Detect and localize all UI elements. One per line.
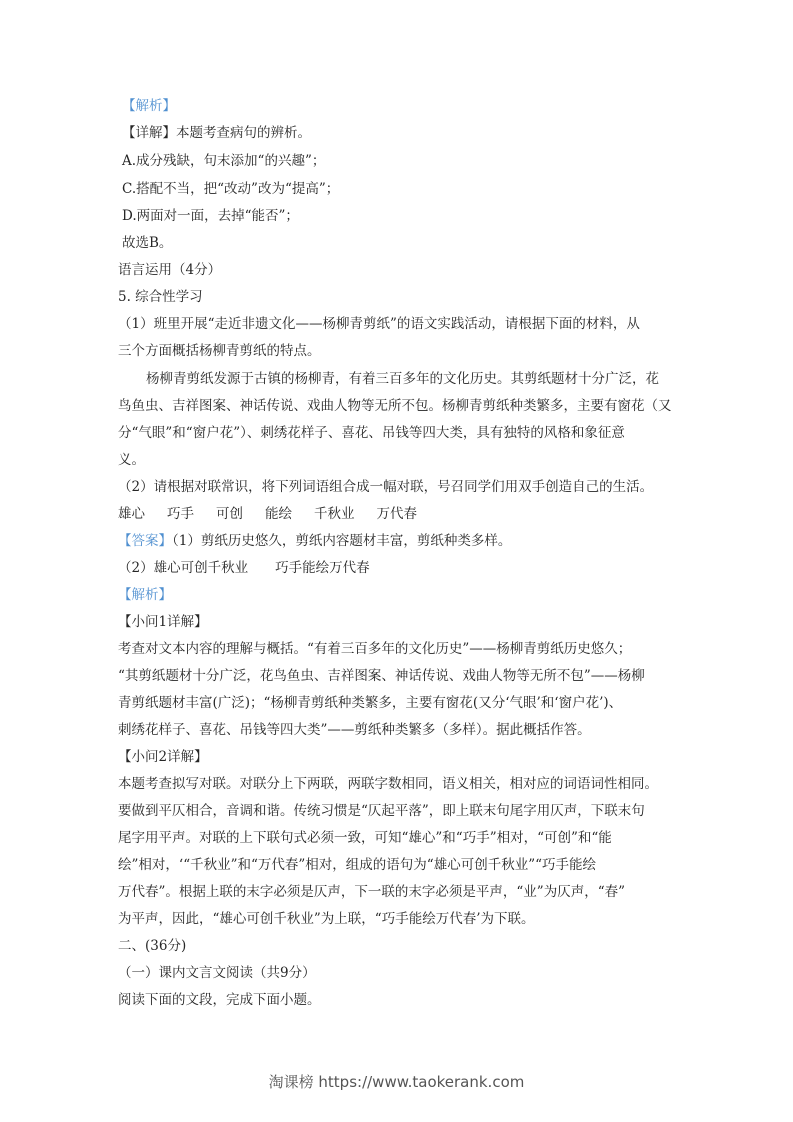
text-line: 考查对文本内容的理解与概括。“有着三百多年的文化历史”——杨柳青剪纸历史悠久； — [118, 640, 631, 658]
text-line: 【小问1详解】 — [118, 613, 208, 631]
line-text: 考查对文本内容的理解与概括。“有着三百多年的文化历史”——杨柳青剪纸历史悠久； — [118, 641, 631, 657]
text-line: C.搭配不当，把“改动”改为“提高”； — [122, 180, 339, 198]
line-text: 义。 — [118, 452, 145, 468]
line-text: 尾字用平声。对联的上下联句式必须一致，可知“雄心”和“巧手”相对，“可创”和“能 — [118, 830, 612, 846]
section-tag: 【答案】 — [118, 533, 172, 549]
line-text: 鸟鱼虫、吉祥图案、神话传说、戏曲人物等无所不包。杨柳青剪纸种类繁多，主要有窗花（… — [118, 398, 672, 414]
text-line: （2）请根据对联常识，将下列词语组合成一幅对联，号召同学们用双手创造自己的生活。 — [118, 478, 653, 496]
text-line: 鸟鱼虫、吉祥图案、神话传说、戏曲人物等无所不包。杨柳青剪纸种类繁多，主要有窗花（… — [118, 397, 672, 415]
text-line: 本题考查拟写对联。对联分上下两联，两联字数相同，语义相关，相对应的词语词性相同。 — [118, 775, 658, 793]
line-text: 【详解】本题考查病句的辨析。 — [122, 125, 311, 141]
line-text: C.搭配不当，把“改动”改为“提高”； — [122, 181, 339, 197]
text-line: 【小问2详解】 — [118, 748, 208, 766]
line-text: 杨柳青剪纸发源于古镇的杨柳青，有着三百多年的文化历史。其剪纸题材十分广泛，花 — [146, 371, 659, 387]
text-line: “其剪纸题材十分广泛，花鸟鱼虫、吉祥图案、神话传说、戏曲人物等无所不包”——杨柳 — [118, 667, 645, 685]
line-text: 青剪纸题材丰富(广泛)；“杨柳青剪纸种类繁多，主要有窗花(又分‘气眼’和‘窗户花… — [118, 695, 622, 711]
section-tag: 【解析】 — [122, 98, 176, 114]
line-text: 5. 综合性学习 — [118, 289, 203, 305]
text-line: 义。 — [118, 451, 145, 469]
text-line: A.成分残缺，句末添加“的兴趣”； — [122, 152, 325, 170]
text-line: （1）班里开展“走近非遗文化——杨柳青剪纸”的语文实践活动，请根据下面的材料，从 — [118, 315, 640, 333]
text-line: 青剪纸题材丰富(广泛)；“杨柳青剪纸种类繁多，主要有窗花(又分‘气眼’和‘窗户花… — [118, 694, 622, 712]
text-line: （一）课内文言文阅读（共9分） — [118, 964, 316, 982]
line-text: （2）雄心可创千秋业 巧手能绘万代春 — [118, 560, 370, 576]
text-line: 绘”相对，‘“千秋业”和“万代春”相对，组成的语句为“雄心可创千秋业”“巧手能绘 — [118, 856, 596, 874]
document-page: 【解析】【详解】本题考查病句的辨析。A.成分残缺，句末添加“的兴趣”；C.搭配不… — [0, 0, 793, 1122]
text-line: 分“气眼”和“窗户花”）、刺绣花样子、喜花、吊钱等四大类，具有独特的风格和象征意 — [118, 424, 625, 442]
text-line: （2）雄心可创千秋业 巧手能绘万代春 — [118, 559, 370, 577]
line-text: 语言运用（4分） — [118, 262, 221, 278]
line-text: （一）课内文言文阅读（共9分） — [118, 965, 316, 981]
text-line: 5. 综合性学习 — [118, 288, 203, 306]
line-text: D.两面对一面，去掉“能否”； — [122, 208, 299, 224]
line-text: 故选B。 — [122, 235, 172, 251]
text-line: 故选B。 — [122, 234, 172, 252]
line-text: 阅读下面的文段，完成下面小题。 — [118, 992, 321, 1008]
line-text: 本题考查拟写对联。对联分上下两联，两联字数相同，语义相关，相对应的词语词性相同。 — [118, 776, 658, 792]
word-list: 雄心巧手可创能绘千秋业万代春 — [118, 505, 439, 523]
line-text: 【小问2详解】 — [118, 749, 208, 765]
line-text: 二、(36分) — [118, 938, 186, 954]
line-text: （1）班里开展“走近非遗文化——杨柳青剪纸”的语文实践活动，请根据下面的材料，从 — [118, 316, 640, 332]
section-label-line: 【解析】 — [122, 97, 176, 115]
line-text: 为平声，因此，“雄心可创千秋业”为上联，“巧手能绘万代春’为下联。 — [118, 911, 535, 927]
text-line: 二、(36分) — [118, 937, 186, 955]
text-line: 要做到平仄相合，音调和谐。传统习惯是“仄起平落”，即上联末句尾字用仄声，下联末句 — [118, 802, 645, 820]
line-text: 分“气眼”和“窗户花”）、刺绣花样子、喜花、吊钱等四大类，具有独特的风格和象征意 — [118, 425, 625, 441]
line-text: 三个方面概括杨柳青剪纸的特点。 — [118, 343, 321, 359]
line-text: A.成分残缺，句末添加“的兴趣”； — [122, 153, 325, 169]
text-line: 三个方面概括杨柳青剪纸的特点。 — [118, 342, 321, 360]
section-tag: 【解析】 — [118, 587, 172, 603]
word-item: 雄心 — [118, 505, 145, 523]
text-line: 语言运用（4分） — [118, 261, 221, 279]
line-text: 【小问1详解】 — [118, 614, 208, 630]
text-line: 尾字用平声。对联的上下联句式必须一致，可知“雄心”和“巧手”相对，“可创”和“能 — [118, 829, 612, 847]
footer-watermark: 淘课榜 https://www.taokerank.com — [0, 1071, 793, 1092]
section-label-line: 【解析】 — [118, 586, 172, 604]
word-item: 千秋业 — [314, 505, 355, 523]
line-text: 万代春”。根据上联的末字必须是仄声，下一联的末字必须是平声，“业”为仄声，“春” — [118, 884, 625, 900]
text-line: 【详解】本题考查病句的辨析。 — [122, 124, 311, 142]
line-text: “其剪纸题材十分广泛，花鸟鱼虫、吉祥图案、神话传说、戏曲人物等无所不包”——杨柳 — [118, 668, 645, 684]
line-text: 刺绣花样子、喜花、吊钱等四大类”——剪纸种类繁多（多样）。据此概括作答。 — [118, 722, 591, 738]
section-label-line: 【答案】（1）剪纸历史悠久，剪纸内容题材丰富，剪纸种类多样。 — [118, 532, 511, 550]
text-line: 为平声，因此，“雄心可创千秋业”为上联，“巧手能绘万代春’为下联。 — [118, 910, 535, 928]
line-text: （1）剪纸历史悠久，剪纸内容题材丰富，剪纸种类多样。 — [172, 533, 511, 549]
text-line: 万代春”。根据上联的末字必须是仄声，下一联的末字必须是平声，“业”为仄声，“春” — [118, 883, 625, 901]
line-text: 要做到平仄相合，音调和谐。传统习惯是“仄起平落”，即上联末句尾字用仄声，下联末句 — [118, 803, 645, 819]
word-item: 能绘 — [265, 505, 292, 523]
text-line: 阅读下面的文段，完成下面小题。 — [118, 991, 321, 1009]
word-item: 可创 — [216, 505, 243, 523]
text-line: 刺绣花样子、喜花、吊钱等四大类”——剪纸种类繁多（多样）。据此概括作答。 — [118, 721, 591, 739]
word-item: 万代春 — [377, 505, 418, 523]
word-item: 巧手 — [167, 505, 194, 523]
line-text: 绘”相对，‘“千秋业”和“万代春”相对，组成的语句为“雄心可创千秋业”“巧手能绘 — [118, 857, 596, 873]
text-line: 杨柳青剪纸发源于古镇的杨柳青，有着三百多年的文化历史。其剪纸题材十分广泛，花 — [146, 370, 659, 388]
line-text: （2）请根据对联常识，将下列词语组合成一幅对联，号召同学们用双手创造自己的生活。 — [118, 479, 653, 495]
text-line: D.两面对一面，去掉“能否”； — [122, 207, 299, 225]
